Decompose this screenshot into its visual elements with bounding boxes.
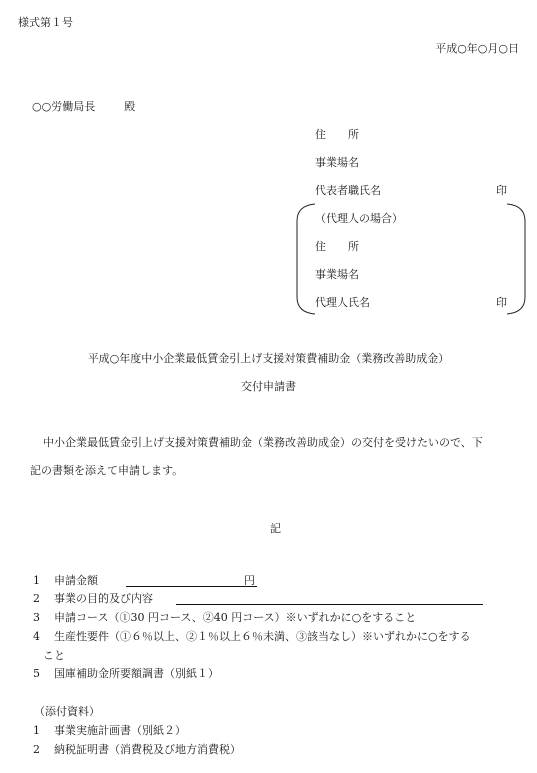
attachment-label: 事業実施計画書（別紙２） <box>54 725 186 736</box>
attachment-label: 納税証明書（消費税及び地方消費税） <box>54 744 241 755</box>
purpose-blank-line[interactable] <box>176 604 483 605</box>
list-item: 5 <box>33 668 40 679</box>
document-subtitle: 交付申請書 <box>0 381 537 392</box>
addressee-honorific: 殿 <box>124 100 135 113</box>
application-date: 平成○年○月○日 <box>435 43 519 54</box>
addressee: ○○労働局長 殿 <box>32 101 135 112</box>
agent-business-name-label: 事業場名 <box>315 269 359 280</box>
item-label: 国庫補助金所要額調書（別紙１） <box>54 668 219 679</box>
item-label: 事業の目的及び内容 <box>54 593 153 604</box>
document-title: 平成○年度中小企業最低賃金引上げ支援対策費補助金（業務改善助成金） <box>0 353 537 364</box>
body-line-2: 記の書類を添えて申請します。 <box>30 465 183 476</box>
applicant-seal: 印 <box>496 185 507 196</box>
agent-heading: （代理人の場合） <box>315 213 403 224</box>
list-item: 2 <box>33 744 40 755</box>
applicant-business-name-label: 事業場名 <box>315 157 359 168</box>
form-number: 様式第１号 <box>18 17 73 28</box>
list-item: 4 <box>33 631 40 642</box>
ki-heading: 記 <box>270 523 281 534</box>
list-item: 2 <box>33 593 40 604</box>
list-item: 3 <box>33 612 40 623</box>
agent-seal: 印 <box>496 297 507 308</box>
applicant-address-label: 住 所 <box>315 129 359 140</box>
list-item: 1 <box>33 725 40 736</box>
item-label: 申請コース（①30 円コース、②40 円コース）※いずれかに○をすること <box>54 612 416 623</box>
right-bracket-icon <box>505 203 527 315</box>
addressee-name: ○○労働局長 <box>32 100 95 113</box>
body-line-1: 中小企業最低賃金引上げ支援対策費補助金（業務改善助成金）の交付を受けたいので、下 <box>43 437 483 448</box>
agent-name-label: 代理人氏名 <box>315 297 370 308</box>
item-label-continuation: こと <box>43 650 65 661</box>
item-label: 生産性要件（①６％以上、②１％以上６％未満、③該当なし）※いずれかに○をする <box>54 631 471 642</box>
item-label: 申請金額 <box>54 575 98 586</box>
agent-address-label: 住 所 <box>315 241 359 252</box>
attachments-heading: （添付資料） <box>34 706 100 717</box>
left-bracket-icon <box>295 203 317 315</box>
list-item: 1 <box>33 575 40 586</box>
amount-unit: 円 <box>244 575 255 586</box>
amount-blank-line[interactable] <box>126 586 257 587</box>
applicant-representative-label: 代表者職氏名 <box>315 185 381 196</box>
